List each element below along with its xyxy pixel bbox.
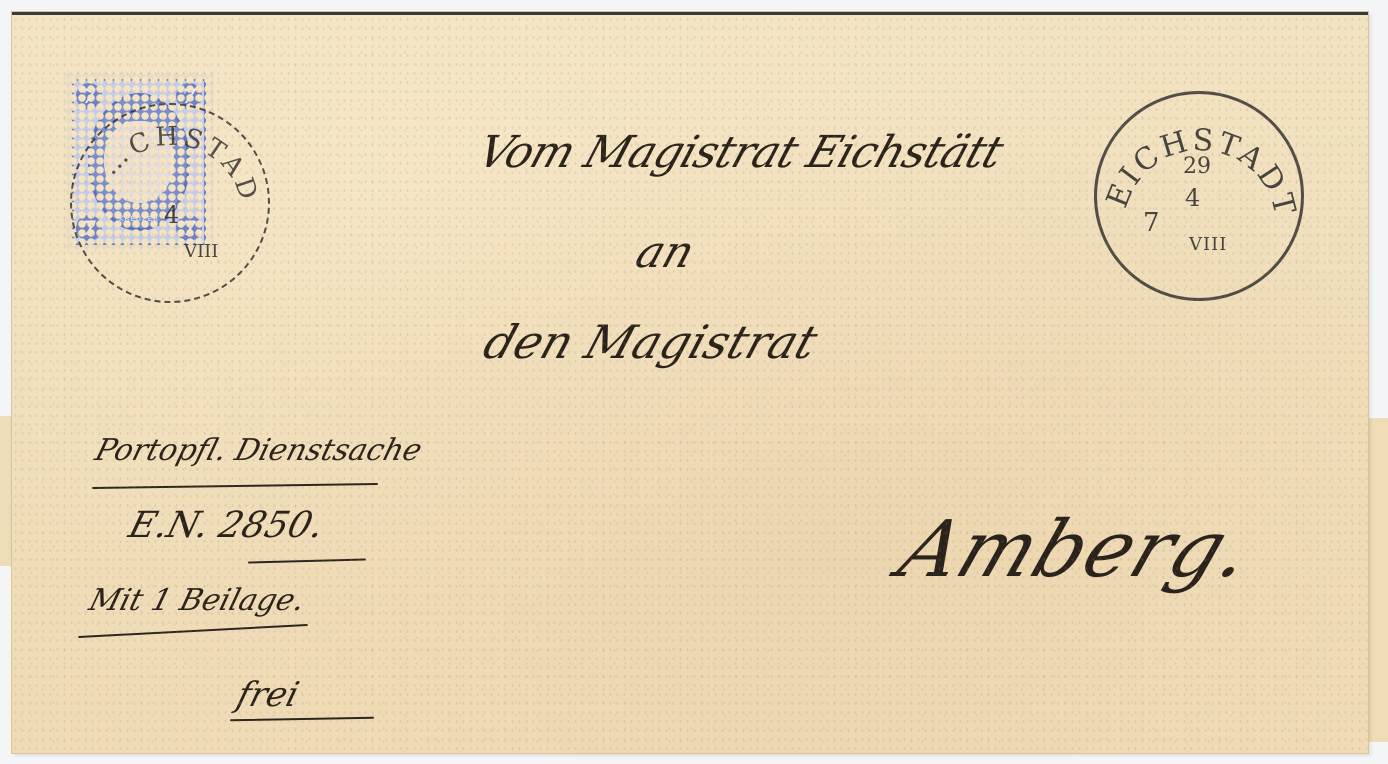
underline: [78, 624, 308, 638]
postmark-suffix: VIII: [1189, 234, 1227, 255]
underline: [248, 558, 366, 563]
envelope-front: 7 7 7 7 KREUZER …CHSTADT 4 VIII: [12, 12, 1368, 753]
note-enclosure: Mit 1 Beilage.: [85, 583, 308, 618]
address-an: an: [630, 227, 701, 278]
note-reference-number: E.N. 2850.: [125, 505, 329, 546]
postmark-month: 4: [164, 201, 179, 229]
destination-city: Amberg.: [888, 505, 1266, 595]
note-frei: frei: [233, 675, 304, 715]
underline: [92, 483, 378, 489]
recipient-line: den Magistrat: [477, 315, 824, 369]
svg-text:…CHSTADT: …CHSTADT: [72, 105, 264, 207]
back-fold-right-edge: [1365, 418, 1388, 742]
sender-line: Vom Magistrat Eichstätt: [472, 127, 1009, 178]
underline: [230, 717, 374, 722]
postmark-hour: 7: [1143, 208, 1160, 238]
postmark-day: 29: [1183, 154, 1211, 179]
note-service-mark: Portopfl. Dienstsache: [91, 433, 425, 468]
postmark-eichstadt: EICHSTADT 29 4 7 VIII: [1094, 91, 1304, 301]
postmark-suffix: VIII: [184, 241, 218, 262]
scanned-postal-cover: 7 7 7 7 KREUZER …CHSTADT 4 VIII: [0, 0, 1388, 764]
postmark-month: 4: [1185, 184, 1200, 212]
postmark-cancel-on-stamp: …CHSTADT 4 VIII: [70, 103, 270, 303]
